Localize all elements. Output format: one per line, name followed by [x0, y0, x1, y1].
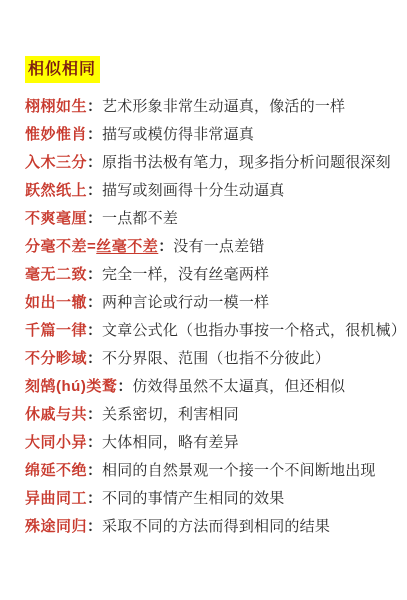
colon-separator: ：: [87, 294, 102, 311]
idiom-definition: 没有一点差错: [173, 238, 264, 255]
section-title: 相似相同: [25, 56, 100, 83]
idiom-term: 跃然纸上: [25, 182, 87, 199]
idiom-definition: 两种言论或行动一模一样: [102, 294, 269, 311]
idiom-list: 栩栩如生：艺术形象非常生动逼真，像活的一样 惟妙惟肖：描写或模仿得非常逼真 入木…: [25, 93, 395, 541]
idiom-row: 分毫不差=丝毫不差：没有一点差错: [25, 233, 395, 261]
idiom-definition: 描写或刻画得十分生动逼真: [102, 182, 284, 199]
idiom-term: 殊途同归: [25, 518, 87, 535]
idiom-term: 休戚与共: [25, 406, 87, 423]
colon-separator: ：: [87, 154, 102, 171]
idiom-row: 绵延不绝：相同的自然景观一个接一个不间断地出现: [25, 457, 395, 485]
idiom-definition: 完全一样，没有丝毫两样: [102, 266, 269, 283]
idiom-definition: 文章公式化（也指办事按一个格式，很机械）: [102, 322, 406, 339]
idiom-row: 刻鹄(hú)类鹜：仿效得虽然不太逼真，但还相似: [25, 373, 395, 401]
idiom-term: 刻鹄(hú)类鹜: [25, 378, 117, 395]
colon-separator: ：: [87, 406, 102, 423]
idiom-row: 大同小异：大体相同，略有差异: [25, 429, 395, 457]
colon-separator: ：: [87, 98, 102, 115]
idiom-row: 不分畛域：不分界限、范围（也指不分彼此）: [25, 345, 395, 373]
idiom-definition: 一点都不差: [102, 210, 178, 227]
idiom-term: 分毫不差=: [25, 238, 96, 255]
idiom-term: 千篇一律: [25, 322, 87, 339]
idiom-term: 入木三分: [25, 154, 87, 171]
idiom-definition: 相同的自然景观一个接一个不间断地出现: [102, 462, 376, 479]
colon-separator: ：: [87, 266, 102, 283]
idiom-term: 不爽毫厘: [25, 210, 87, 227]
idiom-definition: 不同的事情产生相同的效果: [102, 490, 284, 507]
colon-separator: ：: [87, 350, 102, 367]
colon-separator: ：: [158, 238, 173, 255]
colon-separator: ：: [87, 210, 102, 227]
idiom-row: 毫无二致：完全一样，没有丝毫两样: [25, 261, 395, 289]
idiom-row: 栩栩如生：艺术形象非常生动逼真，像活的一样: [25, 93, 395, 121]
colon-separator: ：: [87, 182, 102, 199]
idiom-definition: 大体相同，略有差异: [102, 434, 239, 451]
idiom-row: 休戚与共：关系密切，利害相同: [25, 401, 395, 429]
idiom-term: 惟妙惟肖: [25, 126, 87, 143]
idiom-definition: 描写或模仿得非常逼真: [102, 126, 254, 143]
colon-separator: ：: [117, 378, 132, 395]
idiom-definition: 关系密切，利害相同: [102, 406, 239, 423]
idiom-term: 绵延不绝: [25, 462, 87, 479]
idiom-definition: 仿效得虽然不太逼真，但还相似: [132, 378, 345, 395]
idiom-term: 毫无二致: [25, 266, 87, 283]
colon-separator: ：: [87, 518, 102, 535]
idiom-term: 栩栩如生: [25, 98, 87, 115]
idiom-row: 惟妙惟肖：描写或模仿得非常逼真: [25, 121, 395, 149]
idiom-term-underlined: 丝毫不差: [96, 238, 158, 255]
colon-separator: ：: [87, 462, 102, 479]
idiom-row: 跃然纸上：描写或刻画得十分生动逼真: [25, 177, 395, 205]
note-page: 相似相同 栩栩如生：艺术形象非常生动逼真，像活的一样 惟妙惟肖：描写或模仿得非常…: [0, 0, 407, 600]
idiom-row: 殊途同归：采取不同的方法而得到相同的结果: [25, 513, 395, 541]
idiom-row: 入木三分：原指书法极有笔力，现多指分析问题很深刻: [25, 149, 395, 177]
colon-separator: ：: [87, 490, 102, 507]
colon-separator: ：: [87, 322, 102, 339]
idiom-definition: 不分界限、范围（也指不分彼此）: [102, 350, 330, 367]
idiom-row: 如出一辙：两种言论或行动一模一样: [25, 289, 395, 317]
idiom-row: 不爽毫厘：一点都不差: [25, 205, 395, 233]
idiom-row: 千篇一律：文章公式化（也指办事按一个格式，很机械）: [25, 317, 395, 345]
idiom-row: 异曲同工：不同的事情产生相同的效果: [25, 485, 395, 513]
colon-separator: ：: [87, 434, 102, 451]
idiom-definition: 采取不同的方法而得到相同的结果: [102, 518, 330, 535]
idiom-term: 异曲同工: [25, 490, 87, 507]
idiom-definition: 艺术形象非常生动逼真，像活的一样: [102, 98, 345, 115]
idiom-term: 不分畛域: [25, 350, 87, 367]
idiom-term: 大同小异: [25, 434, 87, 451]
colon-separator: ：: [87, 126, 102, 143]
idiom-term: 如出一辙: [25, 294, 87, 311]
idiom-definition: 原指书法极有笔力，现多指分析问题很深刻: [102, 154, 391, 171]
